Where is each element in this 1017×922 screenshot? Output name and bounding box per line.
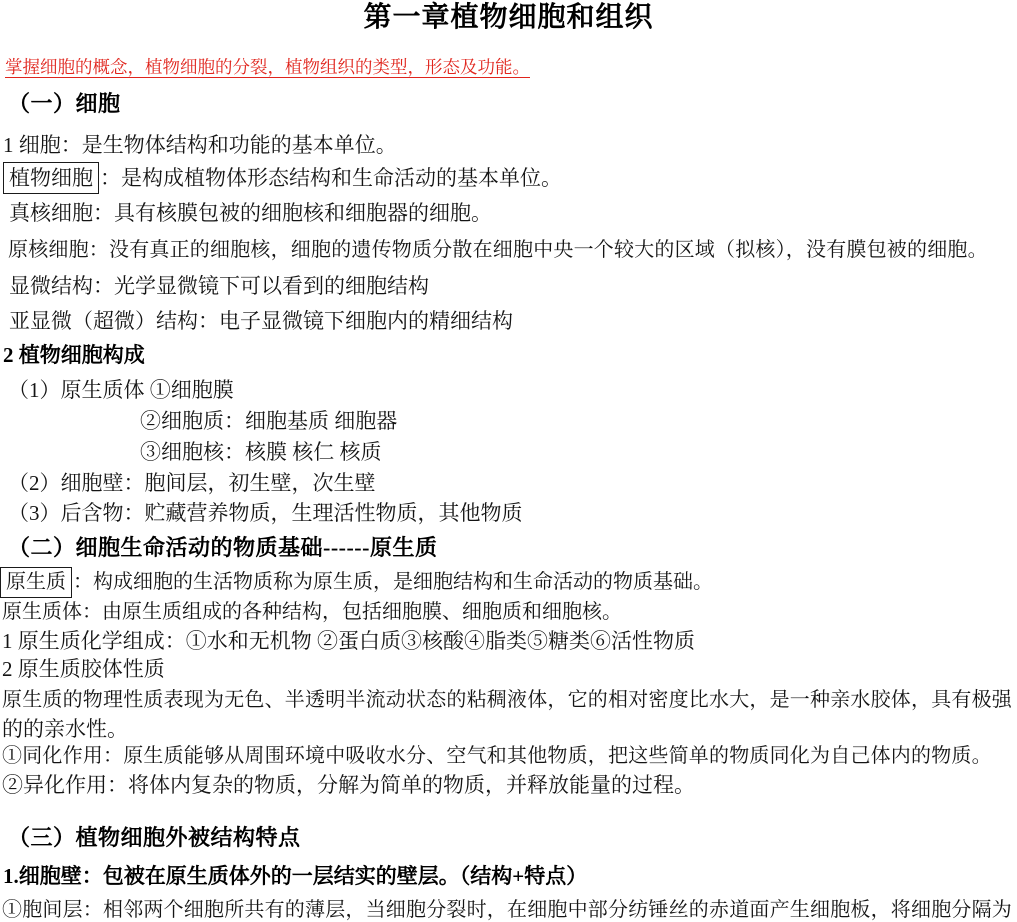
boxed-term-protoplasm: 原生质 — [0, 567, 72, 598]
document-page[interactable]: 第一章植物细胞和组织 掌握细胞的概念，植物细胞的分裂，植物组织的类型，形态及功能… — [0, 0, 1017, 922]
assimilation-definition: ①同化作用：原生质能够从周围环境中吸收水分、空气和其他物质，把这些简单的物质同化… — [2, 744, 992, 769]
protoplasm-definition-text: ：构成细胞的生活物质称为原生质，是细胞结构和生命活动的物质基础。 — [73, 571, 713, 593]
physical-properties-line-2: 的的亲水性。 — [2, 716, 128, 742]
chapter-title: 第一章植物细胞和组织 — [0, 0, 1017, 35]
cell-wall-definition-heading: 1.细胞壁：包被在原生质体外的一层结实的壁层。（结构+特点） — [3, 863, 587, 889]
protoplasm-definition: 原生质：构成细胞的生活物质称为原生质，是细胞结构和生命活动的物质基础。 — [0, 567, 713, 598]
composition-nucleus: ③细胞核：核膜 核仁 核质 — [140, 439, 382, 465]
learning-objective: 掌握细胞的概念，植物细胞的分裂，植物组织的类型，形态及功能。 — [5, 57, 530, 79]
plant-cell-definition-text: ：是构成植物体形态结构和生命活动的基本单位。 — [100, 166, 562, 190]
protoplast-definition: 原生质体：由原生质组成的各种结构，包括细胞膜、细胞质和细胞核。 — [2, 600, 622, 625]
micro-structure-definition: 显微结构：光学显微镜下可以看到的细胞结构 — [9, 273, 429, 299]
composition-cytoplasm: ②细胞质：细胞基质 细胞器 — [140, 408, 397, 434]
section-1-heading: （一）细胞 — [8, 90, 121, 118]
physical-properties-line-1: 原生质的物理性质表现为无色、半透明半流动状态的粘稠液体，它的相对密度比水大，是一… — [2, 688, 1012, 713]
colloid-properties-heading: 2 原生质胶体性质 — [2, 656, 165, 682]
eukaryote-definition: 真核细胞：具有核膜包被的细胞核和细胞器的细胞。 — [9, 200, 492, 226]
dissimilation-definition: ②异化作用：将体内复杂的物质，分解为简单的物质，并释放能量的过程。 — [2, 772, 695, 798]
chemical-composition-line: 1 原生质化学组成：①水和无机物 ②蛋白质③核酸④脂类⑤糖类⑥活性物质 — [2, 628, 695, 654]
plant-cell-definition: 植物细胞：是构成植物体形态结构和生命活动的基本单位。 — [3, 162, 562, 194]
plant-cell-composition-heading: 2 植物细胞构成 — [3, 342, 145, 368]
composition-ergastic-substances: （3）后含物：贮藏营养物质，生理活性物质，其他物质 — [8, 500, 523, 526]
boxed-term-plant-cell: 植物细胞 — [3, 162, 99, 194]
composition-protoplast-membrane: （1）原生质体 ①细胞膜 — [8, 377, 234, 403]
intercellular-layer-definition: ①胞间层：相邻两个细胞所共有的薄层，当细胞分裂时，在细胞中部分纺锤丝的赤道面产生… — [2, 898, 1012, 922]
submicro-structure-definition: 亚显微（超微）结构：电子显微镜下细胞内的精细结构 — [9, 308, 513, 334]
section-2-heading: （二）细胞生命活动的物质基础------原生质 — [8, 534, 437, 562]
prokaryote-definition: 原核细胞：没有真正的细胞核，细胞的遗传物质分散在细胞中央一个较大的区域（拟核），… — [8, 238, 988, 263]
composition-cell-wall: （2）细胞壁：胞间层，初生壁，次生壁 — [8, 470, 376, 496]
section-3-heading: （三）植物细胞外被结构特点 — [8, 824, 301, 852]
cell-definition: 1 细胞：是生物体结构和功能的基本单位。 — [3, 132, 397, 158]
